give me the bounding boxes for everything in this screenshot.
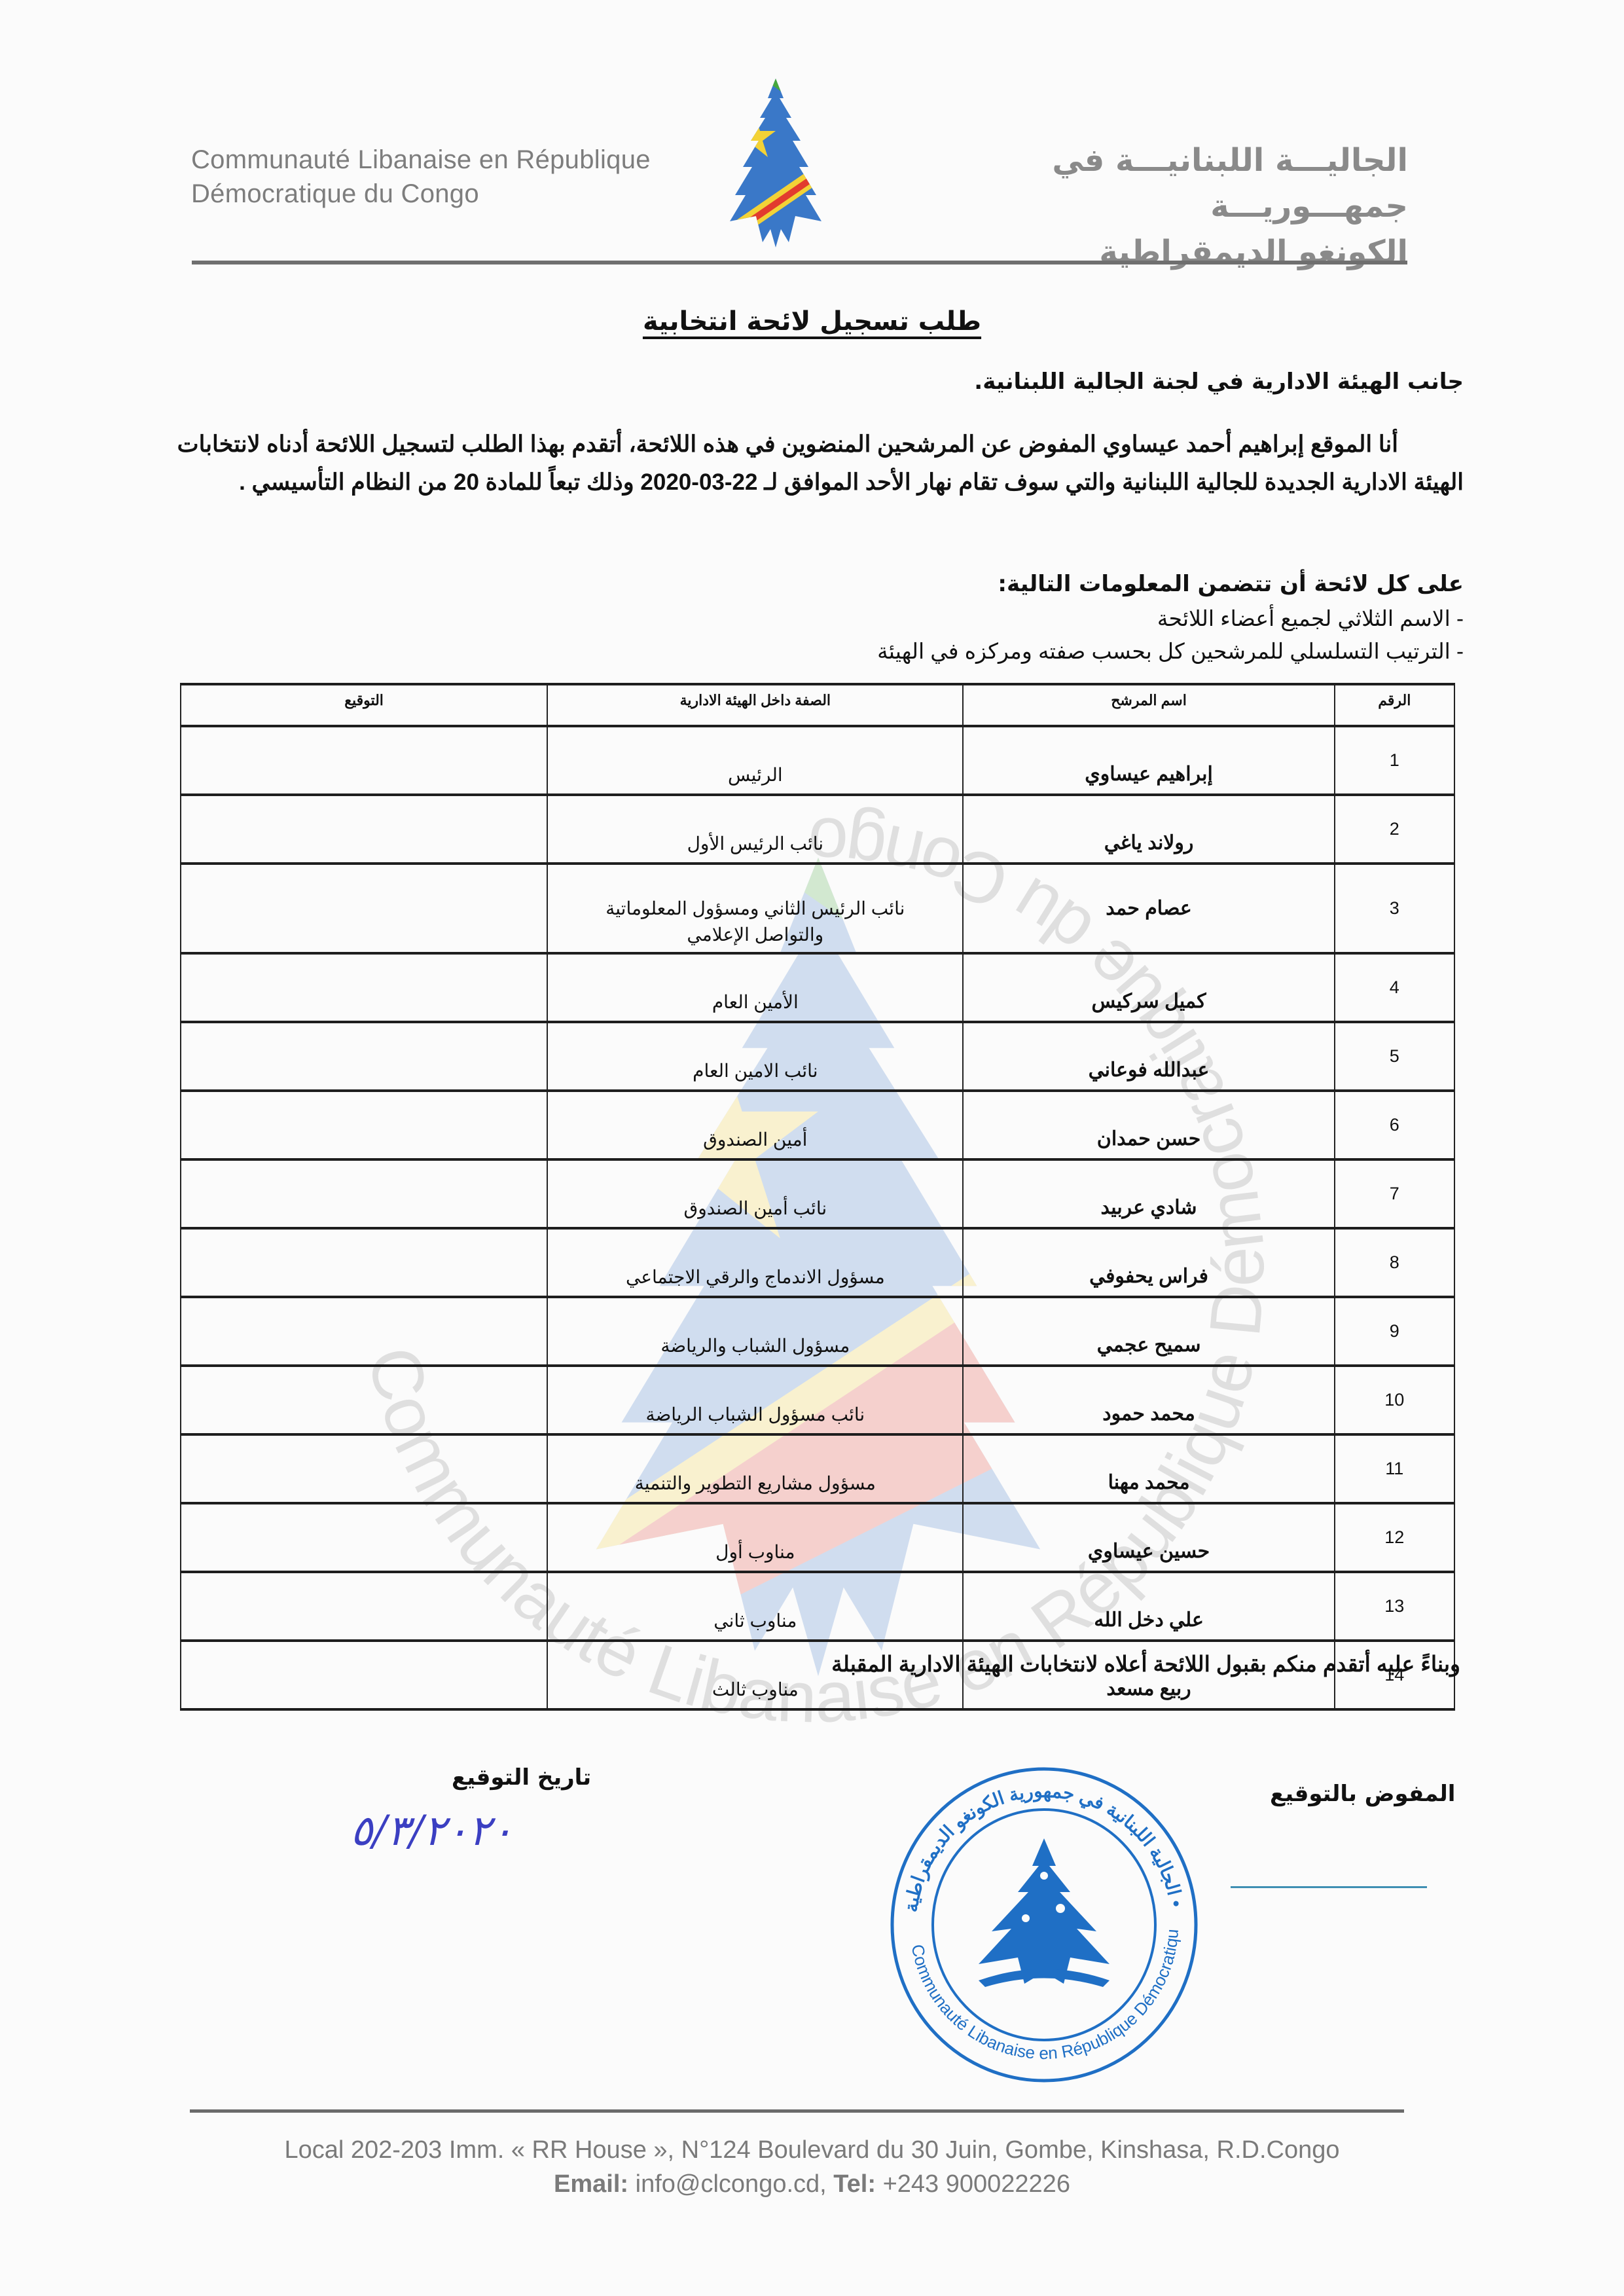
cell-candidate-name: فراس يحفوفي: [963, 1228, 1334, 1297]
cell-number: 1: [1335, 726, 1454, 795]
table-row: 6 حسن حمدان أمين الصندوق: [181, 1091, 1454, 1159]
table-row: 13 علي دخل الله مناوب ثاني: [181, 1572, 1454, 1641]
closing-statement: وبناءً عليه أتقدم منكم بقبول اللائحة أعل…: [831, 1651, 1460, 1677]
table-row: 12 حسين عيساوي مناوب أول: [181, 1503, 1454, 1572]
cell-number: 11: [1335, 1434, 1454, 1503]
table-row: 7 شادي عربيد نائب أمين الصندوق: [181, 1159, 1454, 1228]
cell-number: 10: [1335, 1366, 1454, 1434]
role-line: نائب الرئيس الثاني ومسؤول المعلوماتية: [554, 896, 956, 922]
cell-number: 12: [1335, 1503, 1454, 1572]
cell-number: 9: [1335, 1297, 1454, 1366]
request-paragraph: أنا الموقع إبراهيم أحمد عيساوي المفوض عن…: [164, 426, 1464, 501]
cell-number: 13: [1335, 1572, 1454, 1641]
org-name-ar-line2: الكونغو الديمقراطية: [911, 229, 1408, 275]
cell-candidate-name: إبراهيم عيساوي: [963, 726, 1334, 795]
cell-role: نائب الرئيس الأول: [547, 795, 963, 864]
cell-signature[interactable]: [181, 726, 547, 795]
signature-date-label: تاريخ التوقيع: [452, 1764, 591, 1791]
cell-signature[interactable]: [181, 1228, 547, 1297]
letterhead-divider: [192, 261, 1407, 264]
cell-number: 6: [1335, 1091, 1454, 1159]
cell-candidate-name: كميل سركيس: [963, 953, 1334, 1022]
cell-candidate-name: حسن حمدان: [963, 1091, 1334, 1159]
header-candidate-name: اسم المرشح: [963, 684, 1334, 726]
addressee-line: جانب الهيئة الادارية في لجنة الجالية الل…: [974, 369, 1464, 395]
email-label: Email:: [554, 2170, 628, 2198]
cell-signature[interactable]: [181, 1091, 547, 1159]
table-row: 11 محمد مهنا مسؤول مشاريع التطوير والتنم…: [181, 1434, 1454, 1503]
table-row: 4 كميل سركيس الأمين العام: [181, 953, 1454, 1022]
cell-number: 5: [1335, 1022, 1454, 1091]
table-header-row: الرقم اسم المرشح الصفة داخل الهيئة الادا…: [181, 684, 1454, 726]
cedar-tree-drc-flag-icon: [723, 79, 828, 249]
cell-candidate-name: رولاند ياغي: [963, 795, 1334, 864]
table-row: 5 عبدالله فوعاني نائب الامين العام: [181, 1022, 1454, 1091]
cell-candidate-name: علي دخل الله: [963, 1572, 1334, 1641]
cell-candidate-name: عصام حمد: [963, 864, 1334, 953]
org-name-ar-line1: الجاليـــة اللبنانيـــة في جمهـــوريـــة: [911, 137, 1408, 229]
cell-signature[interactable]: [181, 1297, 547, 1366]
footer-address: Local 202-203 Imm. « RR House », N°124 B…: [0, 2136, 1624, 2164]
cell-number: 8: [1335, 1228, 1454, 1297]
cell-candidate-name: محمد حمود: [963, 1366, 1334, 1434]
requirements-heading: على كل لائحة أن تتضمن المعلومات التالية:: [998, 571, 1464, 597]
cell-role: نائب الامين العام: [547, 1022, 963, 1091]
official-stamp-icon: الجالية اللبنانية في جمهورية الكونغو الد…: [880, 1761, 1208, 2088]
tel-label: Tel:: [833, 2170, 876, 2198]
candidates-table: الرقم اسم المرشح الصفة داخل الهيئة الادا…: [180, 683, 1455, 1711]
cell-candidate-name: حسين عيساوي: [963, 1503, 1334, 1572]
cell-signature[interactable]: [181, 953, 547, 1022]
cell-role: أمين الصندوق: [547, 1091, 963, 1159]
cell-role: نائب الرئيس الثاني ومسؤول المعلوماتية وا…: [547, 864, 963, 953]
letterhead-org-name-ar: الجاليـــة اللبنانيـــة في جمهـــوريـــة…: [911, 137, 1408, 275]
signature-line[interactable]: [1231, 1886, 1427, 1888]
header-signature: التوقيع: [181, 684, 547, 726]
document-title: طلب تسجيل لائحة انتخابية: [0, 306, 1624, 337]
cell-role: نائب مسؤول الشباب الرياضة: [547, 1366, 963, 1434]
cell-signature[interactable]: [181, 1022, 547, 1091]
cell-role: الرئيس: [547, 726, 963, 795]
cell-number: 4: [1335, 953, 1454, 1022]
table-row: 8 فراس يحفوفي مسؤول الاندماج والرقي الاج…: [181, 1228, 1454, 1297]
cell-signature[interactable]: [181, 1503, 547, 1572]
cell-candidate-name: سميح عجمي: [963, 1297, 1334, 1366]
cell-signature[interactable]: [181, 1159, 547, 1228]
letterhead-org-name-fr: Communauté Libanaise en République Démoc…: [191, 143, 754, 211]
cell-number: 7: [1335, 1159, 1454, 1228]
table-row: 10 محمد حمود نائب مسؤول الشباب الرياضة: [181, 1366, 1454, 1434]
table-row: 2 رولاند ياغي نائب الرئيس الأول: [181, 795, 1454, 864]
cell-signature[interactable]: [181, 1366, 547, 1434]
cell-role: مناوب ثاني: [547, 1572, 963, 1641]
cell-candidate-name: شادي عربيد: [963, 1159, 1334, 1228]
cell-role: مناوب أول: [547, 1503, 963, 1572]
email-link[interactable]: info@clcongo.cd,: [636, 2170, 827, 2198]
authorized-signatory-label: المفوض بالتوقيع: [1270, 1781, 1455, 1807]
org-name-fr-line1: Communauté Libanaise en République: [191, 143, 754, 177]
header-number: الرقم: [1335, 684, 1454, 726]
table-row: 3 عصام حمد نائب الرئيس الثاني ومسؤول الم…: [181, 864, 1454, 953]
role-line: والتواصل الإعلامي: [554, 922, 956, 948]
handwritten-date: ٥/٣/٢٠٢٠: [350, 1807, 513, 1855]
org-name-fr-line2: Démocratique du Congo: [191, 177, 754, 211]
table-row: 1 إبراهيم عيساوي الرئيس: [181, 726, 1454, 795]
cell-role: مسؤول الشباب والرياضة: [547, 1297, 963, 1366]
cell-role: نائب أمين الصندوق: [547, 1159, 963, 1228]
footer-divider: [190, 2109, 1404, 2113]
cell-signature[interactable]: [181, 795, 547, 864]
requirement-item: - الترتيب التسلسلي للمرشحين كل بحسب صفته…: [877, 638, 1464, 664]
footer-contact: Email: info@clcongo.cd, Tel: +243 900022…: [0, 2170, 1624, 2198]
cell-signature[interactable]: [181, 1572, 547, 1641]
cell-signature[interactable]: [181, 864, 547, 953]
cell-number: 3: [1335, 864, 1454, 953]
cell-number: 2: [1335, 795, 1454, 864]
cell-role: الأمين العام: [547, 953, 963, 1022]
cell-signature[interactable]: [181, 1434, 547, 1503]
tel-number[interactable]: +243 900022226: [883, 2170, 1070, 2198]
cell-signature[interactable]: [181, 1641, 547, 1709]
cell-candidate-name: محمد مهنا: [963, 1434, 1334, 1503]
cell-candidate-name: عبدالله فوعاني: [963, 1022, 1334, 1091]
table-row: 9 سميح عجمي مسؤول الشباب والرياضة: [181, 1297, 1454, 1366]
cell-role: مسؤول مشاريع التطوير والتنمية: [547, 1434, 963, 1503]
requirement-item: - الاسم الثلاثي لجميع أعضاء اللائحة: [1157, 606, 1464, 631]
cell-role: مسؤول الاندماج والرقي الاجتماعي: [547, 1228, 963, 1297]
header-role: الصفة داخل الهيئة الادارية: [547, 684, 963, 726]
